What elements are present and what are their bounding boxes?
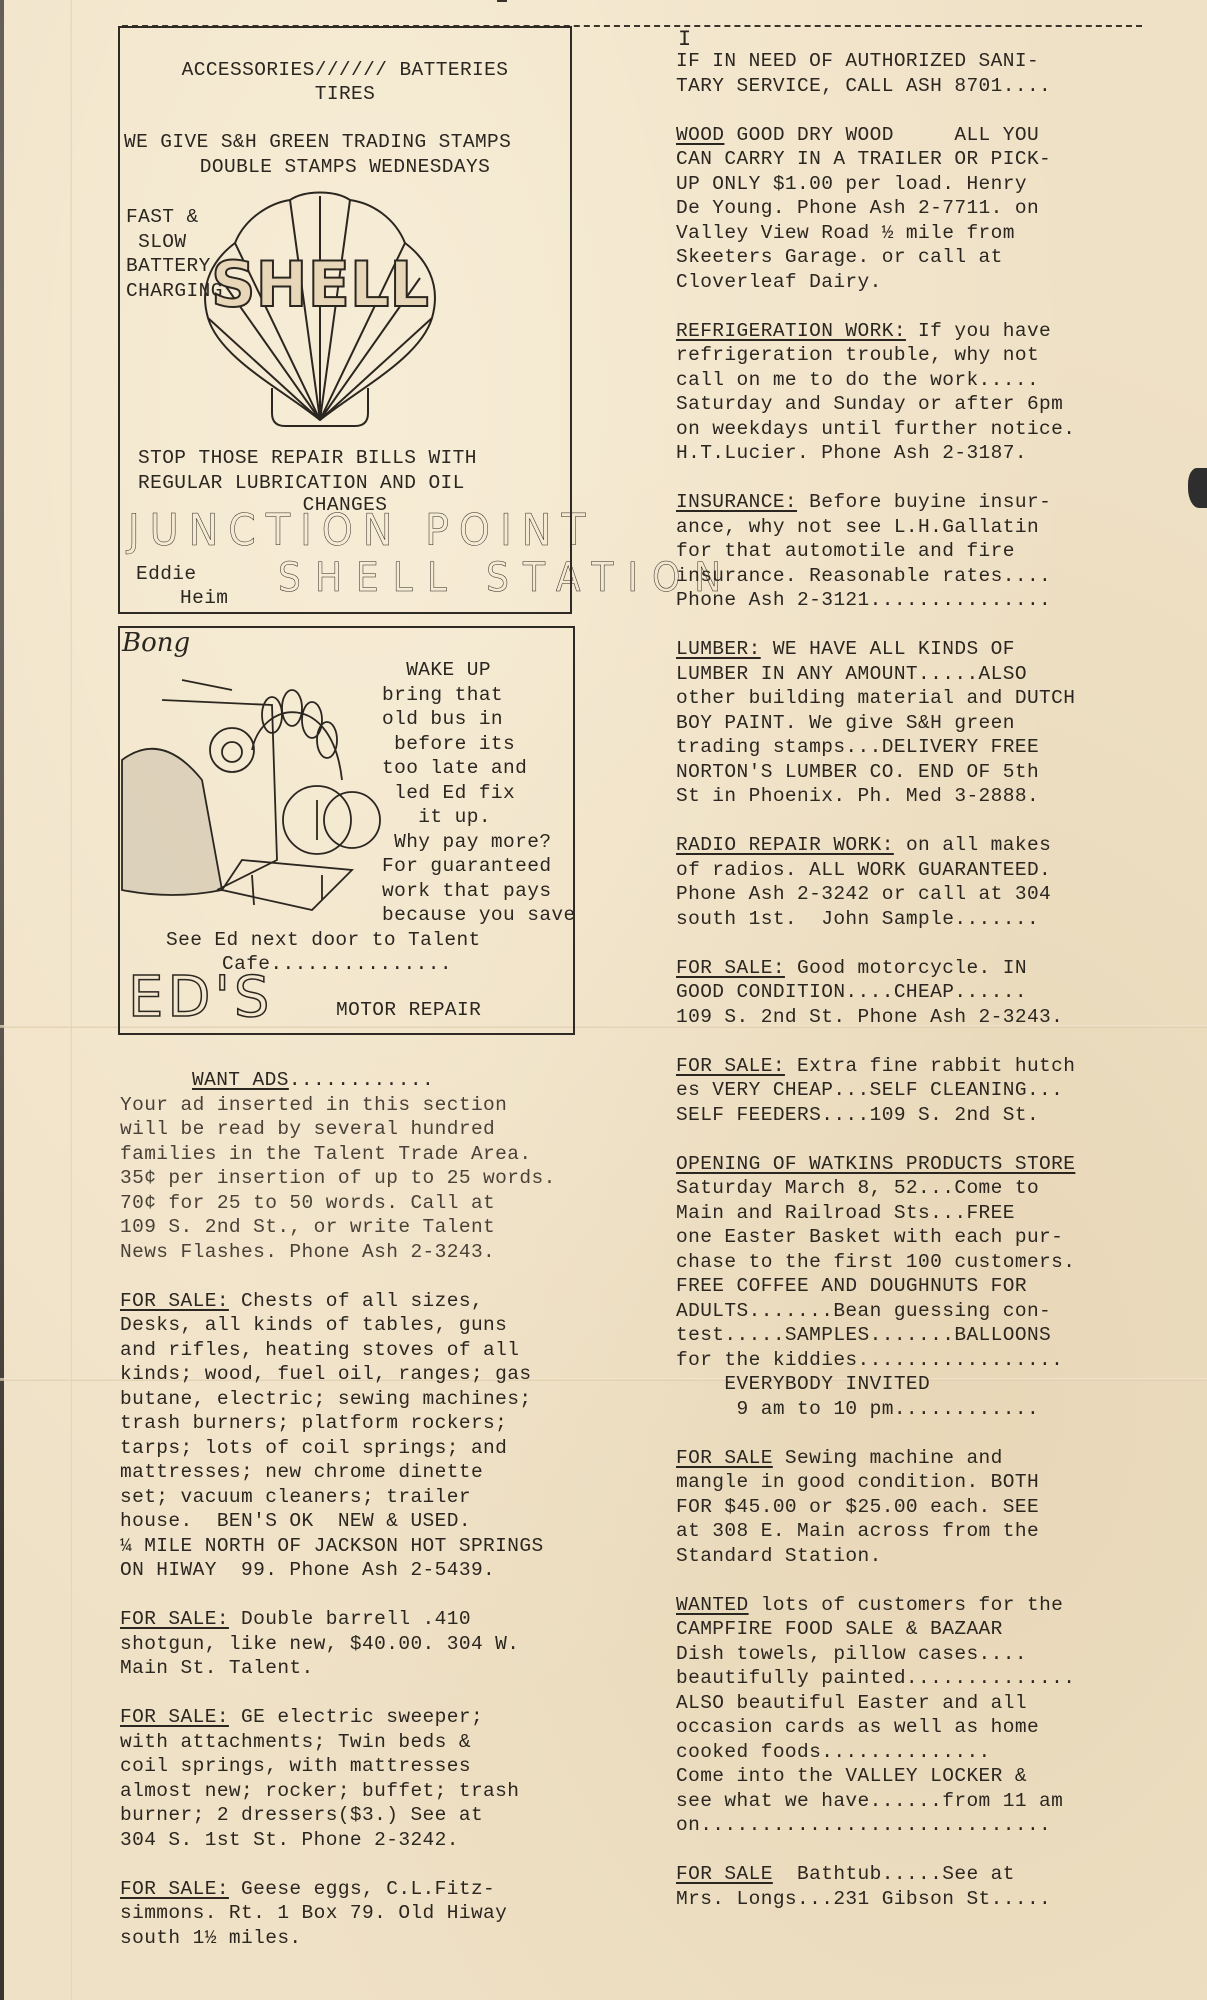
right-ad: FOR SALE: Good motorcycle. INGOOD CONDIT… (676, 956, 1075, 1030)
ad-line: ¼ MILE NORTH OF JACKSON HOT SPRINGS (120, 1534, 556, 1559)
ad-line: REFRIGERATION WORK: If you have (676, 319, 1075, 344)
eds-service-label: MOTOR REPAIR (336, 998, 481, 1023)
ad-text: Sewing machine and (773, 1447, 1003, 1469)
ad-text: EVERYBODY INVITED (676, 1373, 930, 1395)
left-ad: FOR SALE: Chests of all sizes,Desks, all… (120, 1289, 556, 1583)
ad-text: If you have (906, 320, 1051, 342)
ad-line: WOOD GOOD DRY WOOD ALL YOU (676, 123, 1075, 148)
ad-line: H.T.Lucier. Phone Ash 2-3187. (676, 441, 1075, 466)
ad-text: Phone Ash 2-3242 or call at 304 (676, 883, 1051, 905)
ad-category-label: FOR SALE (676, 1863, 773, 1885)
ad-text: other building material and DUTCH (676, 687, 1075, 709)
ad-line: LUMBER: WE HAVE ALL KINDS OF (676, 637, 1075, 662)
ad-category-label: FOR SALE: (120, 1608, 229, 1630)
ad-text: Mrs. Longs...231 Gibson St..... (676, 1888, 1051, 1910)
ad-text: occasion cards as well as home (676, 1716, 1039, 1738)
ad-line: RADIO REPAIR WORK: on all makes (676, 833, 1075, 858)
ad-text: 109 S. 2nd St. Phone Ash 2-3243. (676, 1006, 1063, 1028)
ad-category-label: WANTED (676, 1594, 749, 1616)
ad-text: Desks, all kinds of tables, guns (120, 1314, 507, 1336)
ad-text: Geese eggs, C.L.Fitz- (229, 1878, 495, 1900)
ad-text: Double barrell .410 (229, 1608, 471, 1630)
eds-copy-line: led Ed fix (382, 781, 576, 806)
ad-line: 109 S. 2nd St. Phone Ash 2-3243. (676, 1005, 1075, 1030)
ad-text: Chests of all sizes, (229, 1290, 483, 1312)
ad-line: insurance. Reasonable rates.... (676, 564, 1075, 589)
ad-line: trading stamps...DELIVERY FREE (676, 735, 1075, 760)
ad-text: kinds; wood, fuel oil, ranges; gas (120, 1363, 531, 1385)
ad-text: NORTON'S LUMBER CO. END OF 5th (676, 761, 1039, 783)
ad-text: burner; 2 dressers($3.) See at (120, 1804, 483, 1826)
ad-text: coil springs, with mattresses (120, 1755, 471, 1777)
ad-text: Good motorcycle. IN (785, 957, 1027, 979)
right-ad: WANTED lots of customers for theCAMPFIRE… (676, 1593, 1075, 1838)
eds-copy-line: WAKE UP (382, 658, 576, 683)
eds-ad-copy: WAKE UPbring thatold bus in before itsto… (382, 658, 576, 928)
ad-text: GE electric sweeper; (229, 1706, 483, 1728)
ad-line: WANTED lots of customers for the (676, 1593, 1075, 1618)
ad-line: mangle in good condition. BOTH (676, 1470, 1075, 1495)
ad-text: Standard Station. (676, 1545, 882, 1567)
ad-text: ¼ MILE NORTH OF JACKSON HOT SPRINGS (120, 1535, 544, 1557)
ad-category-label: INSURANCE: (676, 491, 797, 513)
ad-line: on weekdays until further notice. (676, 417, 1075, 442)
ad-text: ance, why not see L.H.Gallatin (676, 516, 1039, 538)
ad-text: Extra fine rabbit hutch (785, 1055, 1075, 1077)
ad-line: Desks, all kinds of tables, guns (120, 1313, 556, 1338)
ad-line: on............................. (676, 1813, 1075, 1838)
ad-text: H.T.Lucier. Phone Ash 2-3187. (676, 442, 1027, 464)
heading-dots: ............ (289, 1069, 434, 1091)
ad-line: south 1st. John Sample....... (676, 907, 1075, 932)
ad-text: es VERY CHEAP...SELF CLEANING... (676, 1079, 1063, 1101)
ad-line: of radios. ALL WORK GUARANTEED. (676, 858, 1075, 883)
ad-text: ADULTS.......Bean guessing con- (676, 1300, 1051, 1322)
ad-text: on all makes (894, 834, 1051, 856)
ad-text: call on me to do the work..... (676, 369, 1039, 391)
ad-category-label: REFRIGERATION WORK: (676, 320, 906, 342)
ad-text: simmons. Rt. 1 Box 79. Old Hiway (120, 1902, 507, 1924)
paper-tear (1188, 468, 1207, 508)
ad-text: Skeeters Garage. or call at (676, 246, 1003, 268)
ad-line: south 1½ miles. (120, 1926, 556, 1951)
right-column-ads: IF IN NEED OF AUTHORIZED SANI-TARY SERVI… (676, 49, 1075, 1936)
eds-copy-line: For guaranteed (382, 854, 576, 879)
ad-text: Come into the VALLEY LOCKER & (676, 1765, 1027, 1787)
ad-text: BOY PAINT. We give S&H green (676, 712, 1015, 734)
ad-line: kinds; wood, fuel oil, ranges; gas (120, 1362, 556, 1387)
ad-text: Main and Railroad Sts...FREE (676, 1202, 1015, 1224)
ad-text: beautifully painted.............. (676, 1667, 1075, 1689)
ad-text: with attachments; Twin beds & (120, 1731, 471, 1753)
eds-copy-line: it up. (382, 805, 576, 830)
ad-category-label: FOR SALE: (676, 957, 785, 979)
shell-station-title: SHELL STATION (278, 555, 735, 601)
top-edge-mark (497, 0, 507, 2)
ad-line: Mrs. Longs...231 Gibson St..... (676, 1887, 1075, 1912)
ad-line: house. BEN'S OK NEW & USED. (120, 1509, 556, 1534)
ad-text: LUMBER IN ANY AMOUNT.....ALSO (676, 663, 1027, 685)
ad-text: insurance. Reasonable rates.... (676, 565, 1051, 587)
ad-line: burner; 2 dressers($3.) See at (120, 1803, 556, 1828)
ad-text: CAN CARRY IN A TRAILER OR PICK- (676, 148, 1051, 170)
ad-line: LUMBER IN ANY AMOUNT.....ALSO (676, 662, 1075, 687)
ad-line: trash burners; platform rockers; (120, 1411, 556, 1436)
ad-line: SELF FEEDERS....109 S. 2nd St. (676, 1103, 1075, 1128)
ad-line: 304 S. 1st St. Phone 2-3242. (120, 1828, 556, 1853)
ad-text: ON HIWAY 99. Phone Ash 2-5439. (120, 1559, 495, 1581)
right-ad: INSURANCE: Before buyine insur-ance, why… (676, 490, 1075, 613)
ad-category-label: FOR SALE (676, 1447, 773, 1469)
ad-line: Phone Ash 2-3242 or call at 304 (676, 882, 1075, 907)
ad-text: for that automotile and fire (676, 540, 1015, 562)
right-ad: FOR SALE Bathtub.....See atMrs. Longs...… (676, 1862, 1075, 1911)
ad-text: Bathtub.....See at (773, 1863, 1015, 1885)
ad-line: coil springs, with mattresses (120, 1754, 556, 1779)
ad-text: set; vacuum cleaners; trailer (120, 1486, 471, 1508)
ad-text: trash burners; platform rockers; (120, 1412, 507, 1434)
right-ad: FOR SALE Sewing machine andmangle in goo… (676, 1446, 1075, 1569)
ad-category-label: OPENING OF WATKINS PRODUCTS STORE (676, 1153, 1075, 1175)
left-ad: FOR SALE: GE electric sweeper;with attac… (120, 1705, 556, 1852)
ad-line: OPENING OF WATKINS PRODUCTS STORE (676, 1152, 1075, 1177)
left-ad: FOR SALE: Double barrell .410shotgun, li… (120, 1607, 556, 1681)
left-ad: FOR SALE: Geese eggs, C.L.Fitz-simmons. … (120, 1877, 556, 1951)
ad-text: FOR $45.00 or $25.00 each. SEE (676, 1496, 1039, 1518)
ad-line: ADULTS.......Bean guessing con- (676, 1299, 1075, 1324)
ad-line: test.....SAMPLES.......BALLOONS (676, 1323, 1075, 1348)
ad-line: tarps; lots of coil springs; and (120, 1436, 556, 1461)
ad-line: FOR SALE Bathtub.....See at (676, 1862, 1075, 1887)
ad-line: beautifully painted.............. (676, 1666, 1075, 1691)
eds-copy-line: old bus in (382, 707, 576, 732)
right-ad: WOOD GOOD DRY WOOD ALL YOUCAN CARRY IN A… (676, 123, 1075, 295)
ad-line: FOR SALE: Double barrell .410 (120, 1607, 556, 1632)
ad-category-label: FOR SALE: (120, 1878, 229, 1900)
ad-line: CAMPFIRE FOOD SALE & BAZAAR (676, 1617, 1075, 1642)
ad-text: GOOD CONDITION....CHEAP...... (676, 981, 1027, 1003)
ad-line: and rifles, heating stoves of all (120, 1338, 556, 1363)
shell-logo-text: SHELL (211, 248, 429, 321)
ad-text: Valley View Road ½ mile from (676, 222, 1015, 244)
ad-line: set; vacuum cleaners; trailer (120, 1485, 556, 1510)
ad-line: Skeeters Garage. or call at (676, 245, 1075, 270)
ad-line: Come into the VALLEY LOCKER & (676, 1764, 1075, 1789)
ad-text: at 308 E. Main across from the (676, 1520, 1039, 1542)
want-ads-heading: WANT ADS (192, 1069, 289, 1091)
ad-line: Standard Station. (676, 1544, 1075, 1569)
eds-location-line1: See Ed next door to Talent (166, 928, 481, 953)
ad-line: with attachments; Twin beds & (120, 1730, 556, 1755)
ad-category-label: RADIO REPAIR WORK: (676, 834, 894, 856)
shell-logo-icon: SHELL (190, 188, 450, 428)
intro-line: 70¢ for 25 to 50 words. Call at (120, 1191, 556, 1216)
alarm-clock-cartoon-icon (122, 660, 372, 920)
ad-text: 304 S. 1st St. Phone 2-3242. (120, 1829, 459, 1851)
ad-text: Main St. Talent. (120, 1657, 314, 1679)
ad-text: St in Phoenix. Ph. Med 3-2888. (676, 785, 1039, 807)
intro-line: families in the Talent Trade Area. (120, 1142, 556, 1167)
ad-text: tarps; lots of coil springs; and (120, 1437, 507, 1459)
ad-line: at 308 E. Main across from the (676, 1519, 1075, 1544)
ad-text: Phone Ash 2-3121............... (676, 589, 1051, 611)
shell-ad-stamps: WE GIVE S&H GREEN TRADING STAMPS (124, 130, 511, 155)
ad-line: Dish towels, pillow cases.... (676, 1642, 1075, 1667)
junction-point-title: JUNCTION POINT (128, 505, 596, 556)
ad-text: on weekdays until further notice. (676, 418, 1075, 440)
ad-category-label: FOR SALE: (120, 1290, 229, 1312)
ad-text: FREE COFFEE AND DOUGHNUTS FOR (676, 1275, 1027, 1297)
ad-text: almost new; rocker; buffet; trash (120, 1780, 519, 1802)
ad-line: shotgun, like new, $40.00. 304 W. (120, 1632, 556, 1657)
ad-line: refrigeration trouble, why not (676, 343, 1075, 368)
ad-line: butane, electric; sewing machines; (120, 1387, 556, 1412)
ad-category-label: LUMBER: (676, 638, 761, 660)
ad-line: TARY SERVICE, CALL ASH 8701.... (676, 74, 1075, 99)
ad-text: for the kiddies................. (676, 1349, 1063, 1371)
ad-line: Main St. Talent. (120, 1656, 556, 1681)
ad-text: Cloverleaf Dairy. (676, 271, 882, 293)
ad-line: FOR SALE: Good motorcycle. IN (676, 956, 1075, 981)
owner-first-name: Eddie (136, 562, 197, 587)
intro-line: News Flashes. Phone Ash 2-3243. (120, 1240, 556, 1265)
ad-text: lots of customers for the (749, 1594, 1064, 1616)
ad-line: ON HIWAY 99. Phone Ash 2-5439. (120, 1558, 556, 1583)
ad-line: ALSO beautiful Easter and all (676, 1691, 1075, 1716)
ad-text: south 1½ miles. (120, 1927, 302, 1949)
ad-line: Valley View Road ½ mile from (676, 221, 1075, 246)
ad-text: house. BEN'S OK NEW & USED. (120, 1510, 471, 1532)
ad-line: Cloverleaf Dairy. (676, 270, 1075, 295)
want-ads-intro-text: Your ad inserted in this sectionwill be … (120, 1093, 556, 1265)
ad-line: CAN CARRY IN A TRAILER OR PICK- (676, 147, 1075, 172)
ad-text: SELF FEEDERS....109 S. 2nd St. (676, 1104, 1039, 1126)
ad-text: shotgun, like new, $40.00. 304 W. (120, 1633, 519, 1655)
shell-ad-header-tires: TIRES (135, 82, 555, 107)
ad-line: call on me to do the work..... (676, 368, 1075, 393)
ad-line: Main and Railroad Sts...FREE (676, 1201, 1075, 1226)
paper-fold (69, 0, 72, 2000)
ad-text: mangle in good condition. BOTH (676, 1471, 1039, 1493)
right-ad: IF IN NEED OF AUTHORIZED SANI-TARY SERVI… (676, 49, 1075, 98)
ad-text: Saturday March 8, 52...Come to (676, 1177, 1039, 1199)
ad-line: De Young. Phone Ash 2-7711. on (676, 196, 1075, 221)
ad-line: EVERYBODY INVITED (676, 1372, 1075, 1397)
ad-line: chase to the first 100 customers. (676, 1250, 1075, 1275)
ad-line: FOR SALE: Geese eggs, C.L.Fitz- (120, 1877, 556, 1902)
ad-text: ALSO beautiful Easter and all (676, 1692, 1027, 1714)
ad-line: mattresses; new chrome dinette (120, 1460, 556, 1485)
ad-text: UP ONLY $1.00 per load. Henry (676, 173, 1027, 195)
ad-text: De Young. Phone Ash 2-7711. on (676, 197, 1039, 219)
ad-text: chase to the first 100 customers. (676, 1251, 1075, 1273)
ad-line: for that automotile and fire (676, 539, 1075, 564)
ad-line: GOOD CONDITION....CHEAP...... (676, 980, 1075, 1005)
ad-line: simmons. Rt. 1 Box 79. Old Hiway (120, 1901, 556, 1926)
ad-text: Before buyine insur- (797, 491, 1051, 513)
eds-copy-line: Why pay more? (382, 830, 576, 855)
shell-ad-double-stamps: DOUBLE STAMPS WEDNESDAYS (135, 155, 555, 180)
ad-line: NORTON'S LUMBER CO. END OF 5th (676, 760, 1075, 785)
shell-ad-header: ACCESSORIES////// BATTERIES (135, 58, 555, 83)
ad-text: refrigeration trouble, why not (676, 344, 1039, 366)
ad-text: TARY SERVICE, CALL ASH 8701.... (676, 75, 1051, 97)
eds-copy-line: because you save (382, 903, 576, 928)
ad-text: Saturday and Sunday or after 6pm (676, 393, 1063, 415)
ad-line: UP ONLY $1.00 per load. Henry (676, 172, 1075, 197)
ad-category-label: FOR SALE: (676, 1055, 785, 1077)
ad-line: Phone Ash 2-3121............... (676, 588, 1075, 613)
ad-text: WE HAVE ALL KINDS OF (761, 638, 1015, 660)
ad-line: FOR SALE: GE electric sweeper; (120, 1705, 556, 1730)
eds-copy-line: too late and (382, 756, 576, 781)
ad-text: Dish towels, pillow cases.... (676, 1643, 1027, 1665)
ad-line: Saturday March 8, 52...Come to (676, 1176, 1075, 1201)
ad-line: FOR SALE: Chests of all sizes, (120, 1289, 556, 1314)
ad-line: St in Phoenix. Ph. Med 3-2888. (676, 784, 1075, 809)
right-ad: LUMBER: WE HAVE ALL KINDS OFLUMBER IN AN… (676, 637, 1075, 809)
ad-text: south 1st. John Sample....... (676, 908, 1039, 930)
ad-line: FOR SALE Sewing machine and (676, 1446, 1075, 1471)
ad-line: 9 am to 10 pm............ (676, 1397, 1075, 1422)
ad-line: INSURANCE: Before buyine insur- (676, 490, 1075, 515)
shell-ad-stop-line2: REGULAR LUBRICATION AND OIL (138, 471, 465, 496)
ad-line: other building material and DUTCH (676, 686, 1075, 711)
right-ad: RADIO REPAIR WORK: on all makesof radios… (676, 833, 1075, 931)
ad-text: CAMPFIRE FOOD SALE & BAZAAR (676, 1618, 1003, 1640)
ad-text: butane, electric; sewing machines; (120, 1388, 531, 1410)
ad-text: on............................. (676, 1814, 1051, 1836)
ad-line: FREE COFFEE AND DOUGHNUTS FOR (676, 1274, 1075, 1299)
ad-line: see what we have......from 11 am (676, 1789, 1075, 1814)
owner-last-name: Heim (180, 586, 228, 611)
ad-text: GOOD DRY WOOD ALL YOU (724, 124, 1039, 146)
ad-category-label: WOOD (676, 124, 724, 146)
eds-copy-line: bring that (382, 683, 576, 708)
ad-line: ance, why not see L.H.Gallatin (676, 515, 1075, 540)
intro-line: 35¢ per insertion of up to 25 words. (120, 1166, 556, 1191)
intro-line: 109 S. 2nd St., or write Talent (120, 1215, 556, 1240)
want-ads-intro: WANT ADS............ Your ad inserted in… (120, 1068, 556, 1975)
ad-line: FOR SALE: Extra fine rabbit hutch (676, 1054, 1075, 1079)
ad-line: occasion cards as well as home (676, 1715, 1075, 1740)
bong-sound-text: Bong (122, 628, 190, 658)
right-ad: OPENING OF WATKINS PRODUCTS STORESaturda… (676, 1152, 1075, 1422)
intro-line: Your ad inserted in this section (120, 1093, 556, 1118)
ad-category-label: FOR SALE: (120, 1706, 229, 1728)
ad-text: test.....SAMPLES.......BALLOONS (676, 1324, 1051, 1346)
ad-line: FOR $45.00 or $25.00 each. SEE (676, 1495, 1075, 1520)
ad-line: Saturday and Sunday or after 6pm (676, 392, 1075, 417)
ad-line: IF IN NEED OF AUTHORIZED SANI- (676, 49, 1075, 74)
ad-line: one Easter Basket with each pur- (676, 1225, 1075, 1250)
ad-text: 9 am to 10 pm............ (676, 1398, 1039, 1420)
intro-line: will be read by several hundred (120, 1117, 556, 1142)
shell-ad-stop-line1: STOP THOSE REPAIR BILLS WITH (138, 446, 477, 471)
ad-text: trading stamps...DELIVERY FREE (676, 736, 1039, 758)
left-column-ads: FOR SALE: Chests of all sizes,Desks, all… (120, 1289, 556, 1951)
eds-brand-title: ED'S (128, 965, 273, 1030)
ad-line: cooked foods.............. (676, 1740, 1075, 1765)
ad-text: of radios. ALL WORK GUARANTEED. (676, 859, 1051, 881)
ad-text: see what we have......from 11 am (676, 1790, 1063, 1812)
ad-text: and rifles, heating stoves of all (120, 1339, 519, 1361)
ad-line: es VERY CHEAP...SELF CLEANING... (676, 1078, 1075, 1103)
eds-copy-line: work that pays (382, 879, 576, 904)
ad-text: mattresses; new chrome dinette (120, 1461, 483, 1483)
ad-text: cooked foods.............. (676, 1741, 991, 1763)
right-ad: REFRIGERATION WORK: If you haverefrigera… (676, 319, 1075, 466)
ad-line: for the kiddies................. (676, 1348, 1075, 1373)
ad-line: almost new; rocker; buffet; trash (120, 1779, 556, 1804)
ad-text: IF IN NEED OF AUTHORIZED SANI- (676, 50, 1039, 72)
right-ad: FOR SALE: Extra fine rabbit hutches VERY… (676, 1054, 1075, 1128)
ad-line: BOY PAINT. We give S&H green (676, 711, 1075, 736)
eds-copy-line: before its (382, 732, 576, 757)
ad-text: one Easter Basket with each pur- (676, 1226, 1063, 1248)
